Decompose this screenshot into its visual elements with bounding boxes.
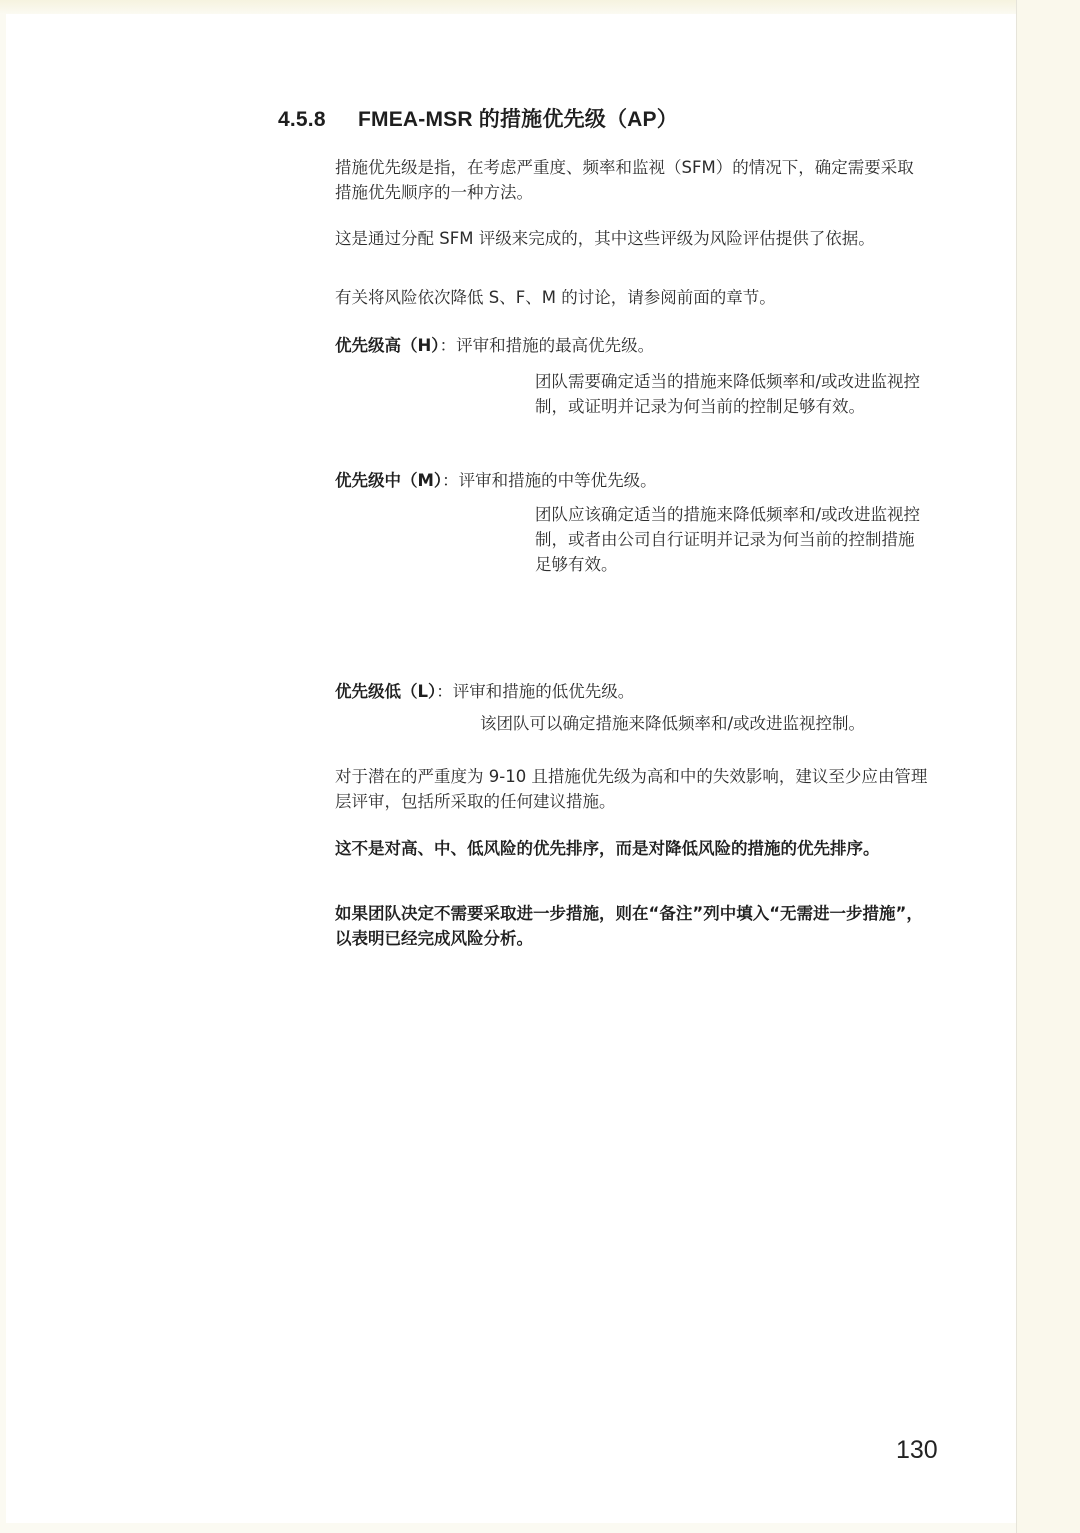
priority-low-label: 优先级低（L） [335,682,436,701]
scan-right-margin [1016,0,1080,1533]
intro-paragraph-reference: 有关将风险依次降低 S、F、M 的讨论，请参阅前面的章节。 [335,285,930,310]
scan-top-edge [0,0,1080,14]
intro-paragraph-definition: 措施优先级是指，在考虑严重度、频率和监视（SFM）的情况下，确定需要采取措施优先… [335,155,930,205]
priority-high-detail: 团队需要确定适当的措施来降低频率和/或改进监视控制，或证明并记录为何当前的控制足… [535,369,930,419]
priority-medium-detail: 团队应该确定适当的措施来降低频率和/或改进监视控制，或者由公司自行证明并记录为何… [535,502,930,577]
emphasis-no-further-action: 如果团队决定不需要采取进一步措施，则在“备注”列中填入“无需进一步措施”，以表明… [335,901,930,951]
intro-paragraph-sfm-rating: 这是通过分配 SFM 评级来完成的，其中这些评级为风险评估提供了依据。 [335,226,930,251]
priority-high-heading: 优先级高（H）：评审和措施的最高优先级。 [335,333,654,358]
priority-high-summary: 评审和措施的最高优先级。 [456,336,654,355]
priority-high-label: 优先级高（H） [335,336,440,355]
section-title: FMEA-MSR 的措施优先级（AP） [358,108,678,131]
note-management-review: 对于潜在的严重度为 9-10 且措施优先级为高和中的失效影响，建议至少应由管理层… [335,764,930,814]
priority-separator: ： [440,336,457,355]
priority-low-detail: 该团队可以确定措施来降低频率和/或改进监视控制。 [480,711,940,736]
section-heading: 4.5.8FMEA-MSR 的措施优先级（AP） [278,103,678,133]
priority-medium-heading: 优先级中（M）：评审和措施的中等优先级。 [335,468,657,493]
priority-medium-summary: 评审和措施的中等优先级。 [459,471,657,490]
priority-separator: ： [442,471,459,490]
emphasis-not-risk-ranking: 这不是对高、中、低风险的优先排序，而是对降低风险的措施的优先排序。 [335,836,930,861]
section-number: 4.5.8 [278,108,358,132]
priority-medium-label: 优先级中（M） [335,471,442,490]
priority-separator: ： [436,682,453,701]
page-number: 130 [896,1436,938,1465]
priority-low-heading: 优先级低（L）：评审和措施的低优先级。 [335,679,634,704]
priority-low-summary: 评审和措施的低优先级。 [453,682,635,701]
